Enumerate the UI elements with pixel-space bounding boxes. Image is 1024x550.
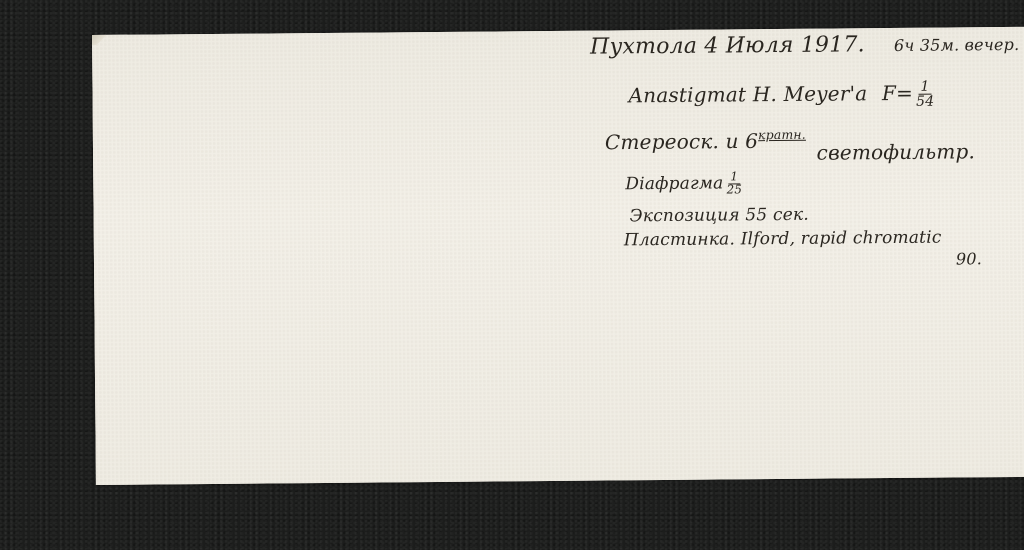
stereo-sup: кратн. — [758, 127, 806, 142]
aperture-fraction: 125 — [726, 171, 742, 196]
plate-line: Пластинка. Ilford, rapid chromatic — [624, 228, 942, 251]
place-date-line: Пухтола 4 Июля 1917. 6ч 35м. вечер. — [590, 31, 1019, 60]
stereo-filter: светофильтр. — [817, 139, 976, 164]
focal-label: F= — [882, 81, 913, 105]
stereo-prefix: Стереоск. и 6 — [605, 129, 758, 154]
plate-number: 90. — [956, 249, 982, 268]
aperture-label: Diaфрагма — [625, 173, 723, 194]
photo-card: Пухтола 4 Июля 1917. 6ч 35м. вечер. Anas… — [92, 27, 1024, 485]
focal-fraction: 154 — [916, 80, 934, 109]
stereo-line: Стереоск. и 6кратн. светофильтр. — [605, 125, 975, 154]
time: 6ч 35м. вечер. — [894, 35, 1020, 55]
place-date: Пухтола 4 Июля 1917. — [590, 32, 865, 59]
aperture-line: Diaфрагма125 — [625, 171, 742, 197]
lens-name: Anastigmat H. Meyer'a — [628, 81, 867, 107]
exposure-line: Экспозиция 55 сек. — [630, 205, 809, 227]
lens-line: Anastigmat H. Meyer'a F=154 — [628, 80, 934, 112]
